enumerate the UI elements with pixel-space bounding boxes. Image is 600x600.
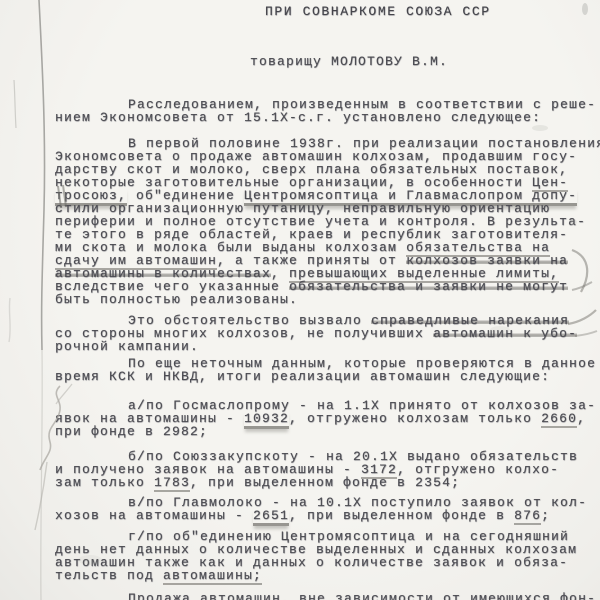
pencil-marked-text: 2660 [541,411,577,428]
text-segment: быть полностью реализованы. [55,292,298,307]
text-segment: зам только [55,475,154,490]
paragraph-preliminary-data: По еще неточным данным, которые проверяю… [55,357,595,383]
pencil-marked-text: 1783 [154,475,190,492]
text-segment: при фонде в 2982; [55,424,208,439]
text-line: быть полностью реализованы. [55,293,595,306]
item-glavmoloko: в/по Главмолоко - на 10.1Х поступило зая… [55,496,595,522]
text-line: рочной кампании. [55,340,595,353]
text-line: Продажа автомашин, вне зависимости от им… [55,592,595,600]
text-line: время КСК и НКВД, итоги реализации автом… [55,370,595,383]
scanned-document-page: ПРИ СОВНАРКОМЕ СОЮЗА ССР товарищу МОЛОТО… [0,0,600,600]
addressee-line: товарищу МОЛОТОВУ В.М. [250,55,448,68]
letterhead-org-line: ПРИ СОВНАРКОМЕ СОЮЗА ССР [265,5,491,18]
text-line: зам только 1783, при выделенном фонде в … [55,476,595,489]
text-segment: тельств под [55,568,163,583]
text-segment: , отгружено колхозам только [289,411,541,426]
text-line: тельств под автомашины; [55,569,595,582]
text-segment: нием Экономсовета от 15.1Х-с.г. установл… [55,110,541,125]
pencil-marked-text: 10932 [244,411,289,429]
pencil-marked-text: автомашин к убо- [433,326,577,341]
pencil-marked-text: обязательства и заявки не могут [289,279,568,294]
typewritten-text-layer: ПРИ СОВНАРКОМЕ СОЮЗА ССР товарищу МОЛОТО… [0,0,600,600]
text-segment: ; [541,508,550,523]
item-tsentromyasoptitsa: г/по об"единению Центромясоптица и на се… [55,530,595,582]
pencil-marked-text: 2651 [253,508,289,526]
text-segment: , при выделенном фонде в [289,508,514,523]
paragraph-complaints: Это обстоятельство вызвало справедливые … [55,314,595,353]
text-segment: Продажа автомашин, вне зависимости от им… [128,591,596,600]
text-line: нием Экономсовета от 15.1Х-с.г. установл… [55,111,595,124]
item-gosmasloprom: а/по Госмаслопрому - на 1.1Х принято от … [55,399,595,438]
paragraph-cut-off: Продажа автомашин, вне зависимости от им… [55,592,595,600]
item-soyuzzakupskot: б/по Союззакупскоту - на 20.1Х выдано об… [55,450,595,489]
text-segment: , [577,411,586,426]
text-line: хозов на автомашины - 2651, при выделенн… [55,509,595,522]
text-line: при фонде в 2982; [55,425,595,438]
pencil-marked-text: автомашины; [163,568,262,585]
text-segment: рочной кампании. [55,339,199,354]
pencil-marked-text: 876 [514,508,541,525]
text-segment: , при выделенном фонде в 2354; [190,475,460,490]
paragraph-findings-1938: В первой половине 1938г. при реализации … [55,137,595,306]
paragraph-investigation-intro: Расследованием, произведенным в соответс… [55,98,595,124]
text-segment: хозов на автомашины - [55,508,253,523]
text-segment: время КСК и НКВД, итоги реализации автом… [55,369,550,384]
